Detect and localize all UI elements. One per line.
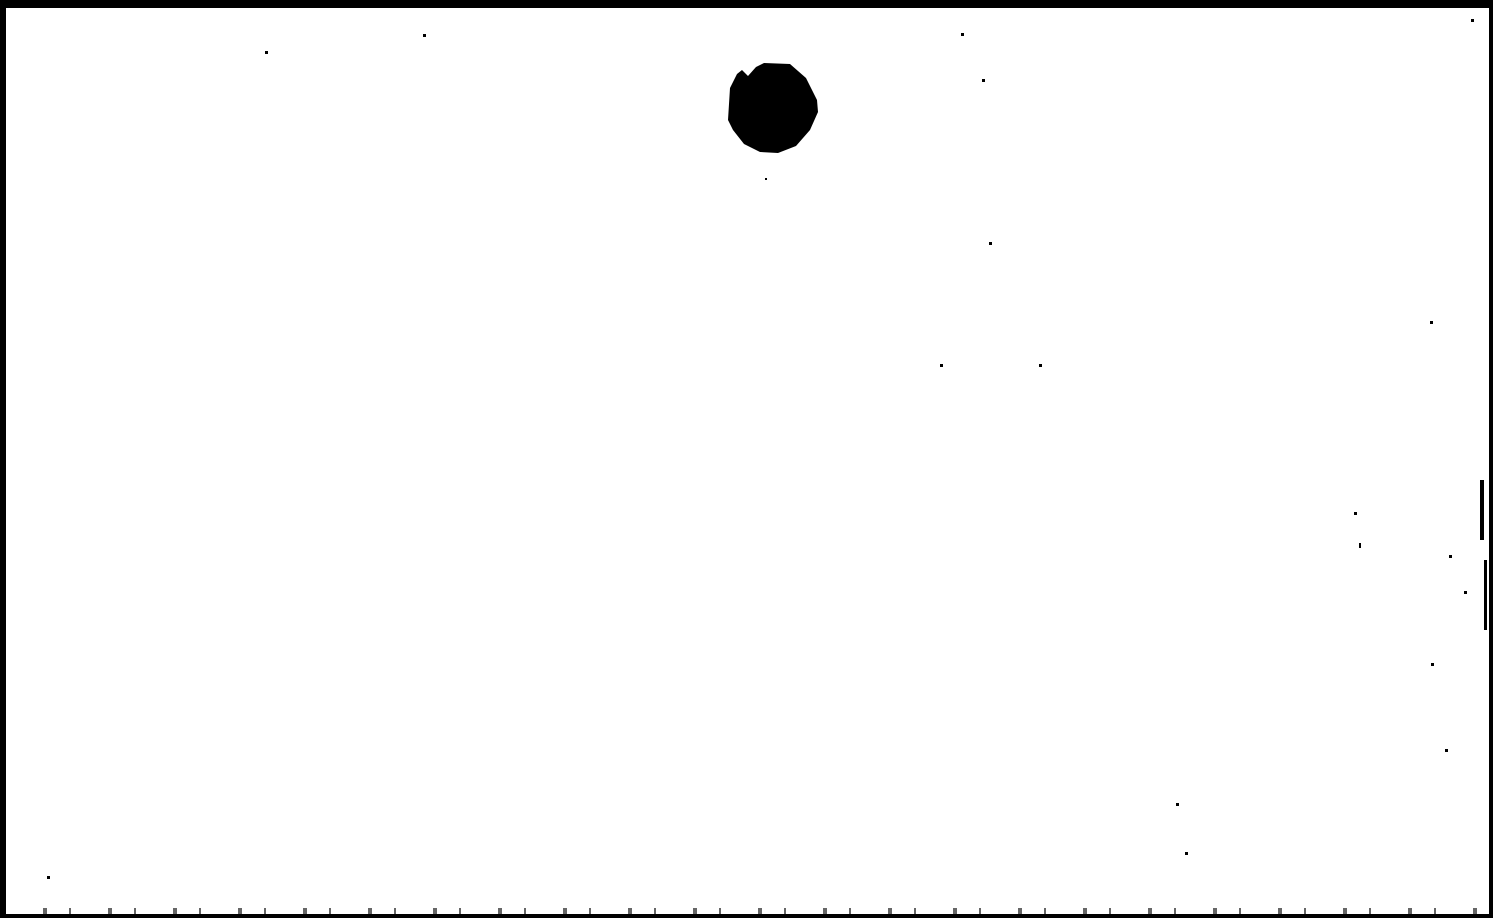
dust-speck — [1445, 749, 1448, 752]
dust-speck — [47, 876, 50, 879]
bottom-edge-noise — [6, 908, 1489, 914]
scan-canvas — [0, 0, 1493, 918]
dust-speck — [1185, 852, 1188, 855]
ink-blob — [0, 0, 1493, 918]
dust-speck — [1449, 555, 1452, 558]
dust-speck — [989, 242, 992, 245]
dust-speck — [961, 33, 964, 36]
dust-speck — [1484, 560, 1487, 630]
dust-speck — [1354, 512, 1357, 515]
dust-speck — [982, 79, 985, 82]
dust-speck — [940, 364, 943, 367]
dust-speck — [765, 178, 767, 180]
dust-speck — [265, 51, 268, 54]
dust-speck — [1039, 364, 1042, 367]
dust-speck — [423, 34, 426, 37]
dust-speck — [1480, 480, 1484, 540]
dust-speck — [1430, 321, 1433, 324]
dust-speck — [1471, 19, 1474, 22]
dust-speck — [1431, 663, 1434, 666]
dust-speck — [1464, 591, 1467, 594]
dust-speck — [1176, 803, 1179, 806]
dust-speck — [1359, 543, 1361, 548]
